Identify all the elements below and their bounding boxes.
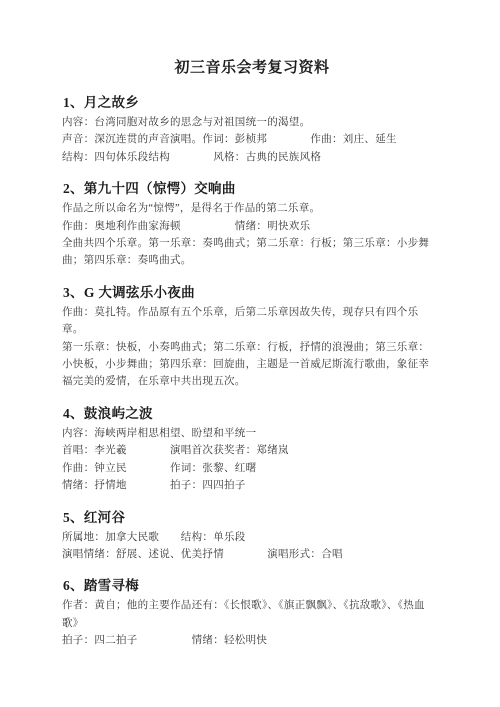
text-line: 小快板，小步舞曲；第四乐章：回旋曲，主题是一首威尼斯流行歌曲，象征幸 bbox=[62, 356, 442, 373]
text-line: 全曲共四个乐章。第一乐章：奏鸣曲式；第二乐章：行板；第三乐章：小步舞 bbox=[62, 235, 442, 252]
section-heading: 2、第九十四（惊愕）交响曲 bbox=[63, 179, 442, 198]
section-heading: 3、G 大调弦乐小夜曲 bbox=[63, 283, 442, 302]
text-line: 章。 bbox=[62, 321, 442, 338]
section-heading: 4、鼓浪屿之波 bbox=[63, 404, 442, 423]
text-line: 首唱：李光羲 演唱首次获奖者：郑绪岚 bbox=[62, 442, 442, 459]
document-title: 初三音乐会考复习资料 bbox=[62, 56, 442, 80]
text-line: 作品之所以命名为“惊愕”，是得名于作品的第二乐章。 bbox=[62, 200, 442, 217]
document-page: 初三音乐会考复习资料 1、月之故乡 内容：台湾同胞对故乡的思念与对祖国统一的渴望… bbox=[0, 0, 500, 707]
text-line: 结构：四句体乐段结构 风格：古典的民族风格 bbox=[62, 149, 442, 166]
section-g-major-serenade: 3、G 大调弦乐小夜曲 作曲：莫扎特。作品原有五个乐章，后第二乐章因故失传，现存… bbox=[62, 283, 442, 391]
section-gulangyu-wave: 4、鼓浪屿之波 内容：海峡两岸相思相望、盼望和平统一 首唱：李光羲 演唱首次获奖… bbox=[62, 404, 442, 495]
text-line: 福完美的爱情，在乐章中共出现五次。 bbox=[62, 373, 442, 390]
text-line: 情绪：抒情地 拍子：四四拍子 bbox=[62, 477, 442, 494]
text-line: 歌》 bbox=[62, 615, 442, 632]
text-line: 演唱情绪：舒展、述说、优美抒情 演唱形式：合唱 bbox=[62, 546, 442, 563]
section-yuezhiguxiang: 1、月之故乡 内容：台湾同胞对故乡的思念与对祖国统一的渴望。 声音：深沉连贯的声… bbox=[62, 93, 442, 166]
section-taxue-xunmei: 6、踏雪寻梅 作者：黄自；他的主要作品还有：《长恨歌》、《旗正飘飘》、《抗敌歌》… bbox=[62, 576, 442, 649]
section-jinge-symphony: 2、第九十四（惊愕）交响曲 作品之所以命名为“惊愕”，是得名于作品的第二乐章。 … bbox=[62, 179, 442, 270]
section-red-river-valley: 5、红河谷 所属地：加拿大民歌 结构：单乐段 演唱情绪：舒展、述说、优美抒情 演… bbox=[62, 508, 442, 564]
section-heading: 5、红河谷 bbox=[63, 508, 442, 527]
text-line: 曲；第四乐章：奏鸣曲式。 bbox=[62, 252, 442, 269]
text-line: 所属地：加拿大民歌 结构：单乐段 bbox=[62, 529, 442, 546]
text-line: 第一乐章：快板，小奏鸣曲式；第二乐章：行板，抒情的浪漫曲；第三乐章： bbox=[62, 339, 442, 356]
text-line: 作者：黄自；他的主要作品还有：《长恨歌》、《旗正飘飘》、《抗敌歌》、《热血 bbox=[62, 597, 442, 614]
text-line: 内容：海峡两岸相思相望、盼望和平统一 bbox=[62, 425, 442, 442]
text-line: 声音：深沉连贯的声音演唱。作词：彭桢邦 作曲：刘庄、延生 bbox=[62, 131, 442, 148]
text-line: 作曲：莫扎特。作品原有五个乐章，后第二乐章因故失传，现存只有四个乐 bbox=[62, 304, 442, 321]
text-line: 作曲：钟立民 作词：张黎、红曙 bbox=[62, 460, 442, 477]
section-heading: 1、月之故乡 bbox=[63, 93, 442, 112]
text-line: 拍子：四二拍子 情绪：轻松明快 bbox=[62, 632, 442, 649]
section-heading: 6、踏雪寻梅 bbox=[63, 576, 442, 595]
text-line: 内容：台湾同胞对故乡的思念与对祖国统一的渴望。 bbox=[62, 114, 442, 131]
text-line: 作曲：奥地利作曲家海顿 情绪：明快欢乐 bbox=[62, 218, 442, 235]
